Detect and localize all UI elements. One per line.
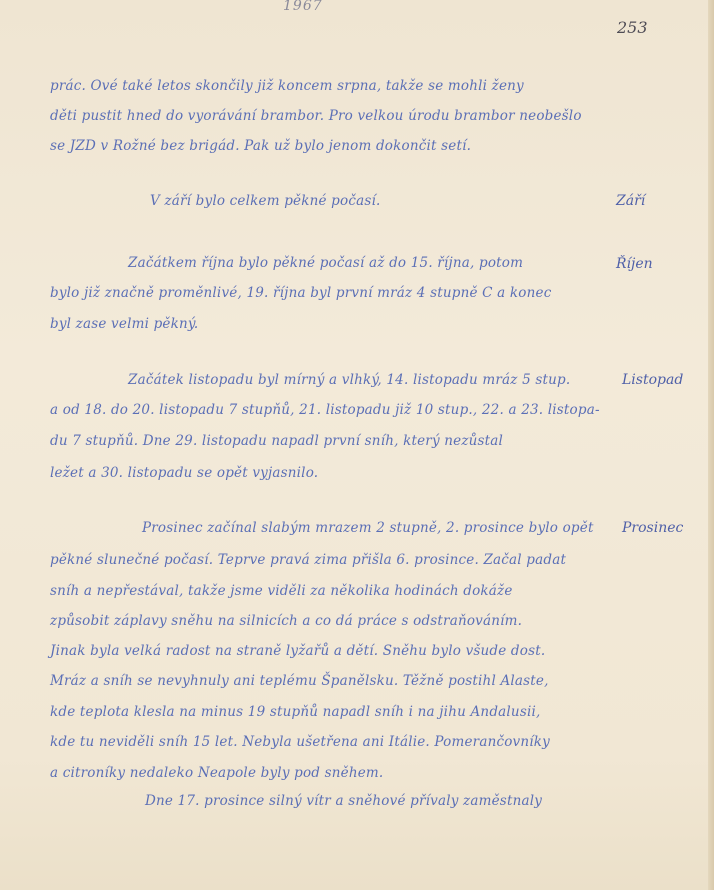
text-line: Jinak byla velká radost na straně lyžařů…: [50, 643, 545, 659]
year-heading: 1967: [283, 0, 323, 14]
text-line: Prosinec začínal slabým mrazem 2 stupně,…: [142, 520, 594, 536]
text-line: ležet a 30. listopadu se opět vyjasnilo.: [50, 465, 318, 481]
text-line: pěkné slunečné počasí. Teprve pravá zima…: [50, 552, 566, 568]
page-edge: [708, 0, 714, 890]
text-line: kde tu neviděli sníh 15 let. Nebyla ušet…: [50, 734, 550, 750]
text-line: kde teplota klesla na minus 19 stupňů na…: [50, 704, 540, 720]
text-line: Mráz a sníh se nevyhnuly ani teplému Špa…: [50, 673, 549, 689]
month-label-zari: Září: [616, 193, 645, 209]
text-line: způsobit záplavy sněhu na silnicích a co…: [50, 613, 522, 629]
notebook-page: 1967 253 prác. Ové také letos skončily j…: [0, 0, 714, 890]
text-line: a citroníky nedaleko Neapole byly pod sn…: [50, 765, 383, 781]
text-line: Dne 17. prosince silný vítr a sněhové př…: [145, 793, 542, 809]
month-label-rijen: Říjen: [616, 256, 653, 272]
text-line: bylo již značně proměnlivé, 19. října by…: [50, 285, 551, 301]
text-line: a od 18. do 20. listopadu 7 stupňů, 21. …: [50, 402, 600, 418]
text-line: V září bylo celkem pěkné počasí.: [150, 193, 381, 209]
text-line: Začátek listopadu byl mírný a vlhký, 14.…: [128, 372, 570, 388]
text-line: děti pustit hned do vyorávání brambor. P…: [50, 108, 582, 124]
text-line: byl zase velmi pěkný.: [50, 316, 198, 332]
month-label-listopad: Listopad: [622, 372, 683, 388]
text-line: du 7 stupňů. Dne 29. listopadu napadl pr…: [50, 433, 503, 449]
page-number: 253: [617, 18, 648, 37]
text-line: Začátkem října bylo pěkné počasí až do 1…: [128, 255, 523, 271]
text-line: sníh a nepřestával, takže jsme viděli za…: [50, 583, 513, 599]
month-label-prosinec: Prosinec: [622, 520, 683, 536]
text-line: se JZD v Rožné bez brigád. Pak už bylo j…: [50, 138, 471, 154]
text-line: prác. Ové také letos skončily již koncem…: [50, 78, 524, 94]
